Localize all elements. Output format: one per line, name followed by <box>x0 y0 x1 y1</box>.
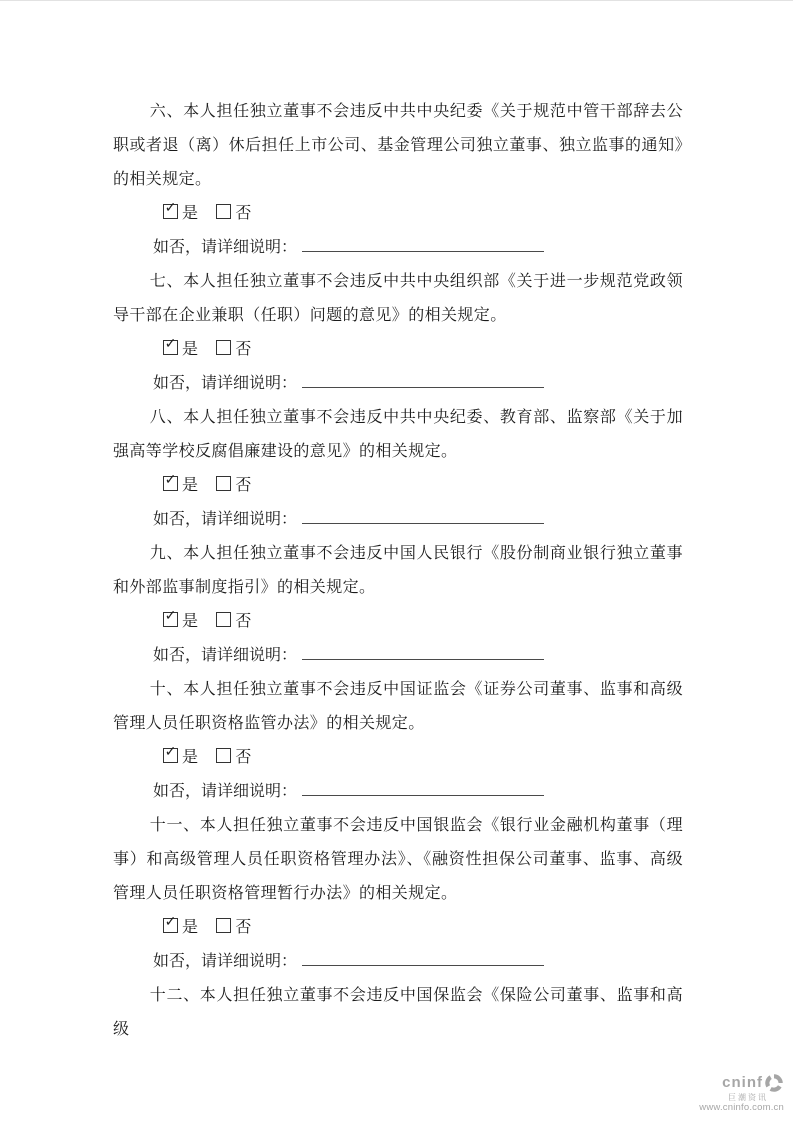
declaration-item-6: 六、本人担任独立董事不会违反中共中央纪委《关于规范中管干部辞去公职或者退（离）休… <box>113 95 683 265</box>
followup-prompt: 如否，请详细说明： <box>153 783 297 800</box>
no-label: 否 <box>235 919 251 936</box>
declaration-item-12: 十二、本人担任独立董事不会违反中国保监会《保险公司董事、监事和高级 <box>113 979 683 1047</box>
declaration-text: 九、本人担任独立董事不会违反中国人民银行《股份制商业银行独立董事和外部监事制度指… <box>113 537 683 605</box>
choice-yes: ✓是 <box>163 477 198 494</box>
choice-yes: ✓是 <box>163 341 198 358</box>
cninfo-watermark: cninf 巨潮资讯 www.cninfo.com.cn <box>699 1073 784 1113</box>
yes-label: 是 <box>182 919 198 936</box>
choice-yes: ✓是 <box>163 919 198 936</box>
declaration-item-10: 十、本人担任独立董事不会违反中国证监会《证券公司董事、监事和高级管理人员任职资格… <box>113 673 683 809</box>
choice-no: 否 <box>216 749 251 766</box>
check-mark-icon: ✓ <box>164 746 177 760</box>
checkbox-unchecked-icon[interactable] <box>216 476 231 491</box>
yes-no-choice-row: ✓是 否 <box>113 469 683 503</box>
no-label: 否 <box>235 613 251 630</box>
followup-prompt: 如否，请详细说明： <box>153 239 297 256</box>
declaration-text: 十、本人担任独立董事不会违反中国证监会《证券公司董事、监事和高级管理人员任职资格… <box>113 673 683 741</box>
declaration-item-11: 十一、本人担任独立董事不会违反中国银监会《银行业金融机构董事（理事）和高级管理人… <box>113 809 683 979</box>
cninfo-site-name: 巨潮资讯 <box>699 1094 768 1102</box>
checkbox-checked-icon[interactable]: ✓ <box>163 748 178 763</box>
check-mark-icon: ✓ <box>164 610 177 624</box>
declaration-text: 八、本人担任独立董事不会违反中共中央纪委、教育部、监察部《关于加强高等学校反腐倡… <box>113 401 683 469</box>
document-page: 六、本人担任独立董事不会违反中共中央纪委《关于规范中管干部辞去公职或者退（离）休… <box>0 0 793 1122</box>
checkbox-unchecked-icon[interactable] <box>216 204 231 219</box>
declaration-item-8: 八、本人担任独立董事不会违反中共中央纪委、教育部、监察部《关于加强高等学校反腐倡… <box>113 401 683 537</box>
yes-no-choice-row: ✓是 否 <box>113 911 683 945</box>
checkbox-unchecked-icon[interactable] <box>216 612 231 627</box>
choice-no: 否 <box>216 205 251 222</box>
declaration-item-9: 九、本人担任独立董事不会违反中国人民银行《股份制商业银行独立董事和外部监事制度指… <box>113 537 683 673</box>
choice-no: 否 <box>216 477 251 494</box>
explanation-blank-field[interactable] <box>302 642 544 660</box>
followup-prompt: 如否，请详细说明： <box>153 511 297 528</box>
checkbox-unchecked-icon[interactable] <box>216 748 231 763</box>
explanation-blank-field[interactable] <box>302 506 544 524</box>
yes-no-choice-row: ✓是 否 <box>113 605 683 639</box>
yes-no-choice-row: ✓是 否 <box>113 197 683 231</box>
cninfo-brand-text: cninf <box>722 1075 763 1091</box>
choice-no: 否 <box>216 613 251 630</box>
followup-row: 如否，请详细说明： <box>113 503 683 537</box>
yes-label: 是 <box>182 205 198 222</box>
checkbox-checked-icon[interactable]: ✓ <box>163 476 178 491</box>
followup-prompt: 如否，请详细说明： <box>153 647 297 664</box>
explanation-blank-field[interactable] <box>302 778 544 796</box>
checkbox-checked-icon[interactable]: ✓ <box>163 204 178 219</box>
yes-no-choice-row: ✓是 否 <box>113 741 683 775</box>
no-label: 否 <box>235 341 251 358</box>
followup-prompt: 如否，请详细说明： <box>153 375 297 392</box>
choice-no: 否 <box>216 341 251 358</box>
check-mark-icon: ✓ <box>164 474 177 488</box>
followup-row: 如否，请详细说明： <box>113 231 683 265</box>
no-label: 否 <box>235 205 251 222</box>
followup-row: 如否，请详细说明： <box>113 775 683 809</box>
cninfo-brand-row: cninf <box>699 1073 784 1093</box>
choice-no: 否 <box>216 919 251 936</box>
no-label: 否 <box>235 749 251 766</box>
yes-label: 是 <box>182 749 198 766</box>
choice-yes: ✓是 <box>163 205 198 222</box>
declaration-text: 七、本人担任独立董事不会违反中共中央组织部《关于进一步规范党政领导干部在企业兼职… <box>113 265 683 333</box>
checkbox-checked-icon[interactable]: ✓ <box>163 918 178 933</box>
checkbox-checked-icon[interactable]: ✓ <box>163 612 178 627</box>
followup-row: 如否，请详细说明： <box>113 367 683 401</box>
explanation-blank-field[interactable] <box>302 370 544 388</box>
declaration-text: 十二、本人担任独立董事不会违反中国保监会《保险公司董事、监事和高级 <box>113 979 683 1047</box>
explanation-blank-field[interactable] <box>302 234 544 252</box>
choice-yes: ✓是 <box>163 613 198 630</box>
explanation-blank-field[interactable] <box>302 948 544 966</box>
document-content: 六、本人担任独立董事不会违反中共中央纪委《关于规范中管干部辞去公职或者退（离）休… <box>113 95 683 1047</box>
followup-prompt: 如否，请详细说明： <box>153 953 297 970</box>
declaration-text: 十一、本人担任独立董事不会违反中国银监会《银行业金融机构董事（理事）和高级管理人… <box>113 809 683 911</box>
yes-label: 是 <box>182 341 198 358</box>
check-mark-icon: ✓ <box>164 338 177 352</box>
checkbox-unchecked-icon[interactable] <box>216 918 231 933</box>
yes-label: 是 <box>182 613 198 630</box>
check-mark-icon: ✓ <box>164 916 177 930</box>
declaration-text: 六、本人担任独立董事不会违反中共中央纪委《关于规范中管干部辞去公职或者退（离）休… <box>113 95 683 197</box>
followup-row: 如否，请详细说明： <box>113 639 683 673</box>
cninfo-site-url: www.cninfo.com.cn <box>699 1103 784 1113</box>
yes-label: 是 <box>182 477 198 494</box>
cninfo-swirl-logo-icon <box>764 1073 784 1093</box>
checkbox-checked-icon[interactable]: ✓ <box>163 340 178 355</box>
choice-yes: ✓是 <box>163 749 198 766</box>
yes-no-choice-row: ✓是 否 <box>113 333 683 367</box>
followup-row: 如否，请详细说明： <box>113 945 683 979</box>
check-mark-icon: ✓ <box>164 202 177 216</box>
checkbox-unchecked-icon[interactable] <box>216 340 231 355</box>
declaration-item-7: 七、本人担任独立董事不会违反中共中央组织部《关于进一步规范党政领导干部在企业兼职… <box>113 265 683 401</box>
no-label: 否 <box>235 477 251 494</box>
